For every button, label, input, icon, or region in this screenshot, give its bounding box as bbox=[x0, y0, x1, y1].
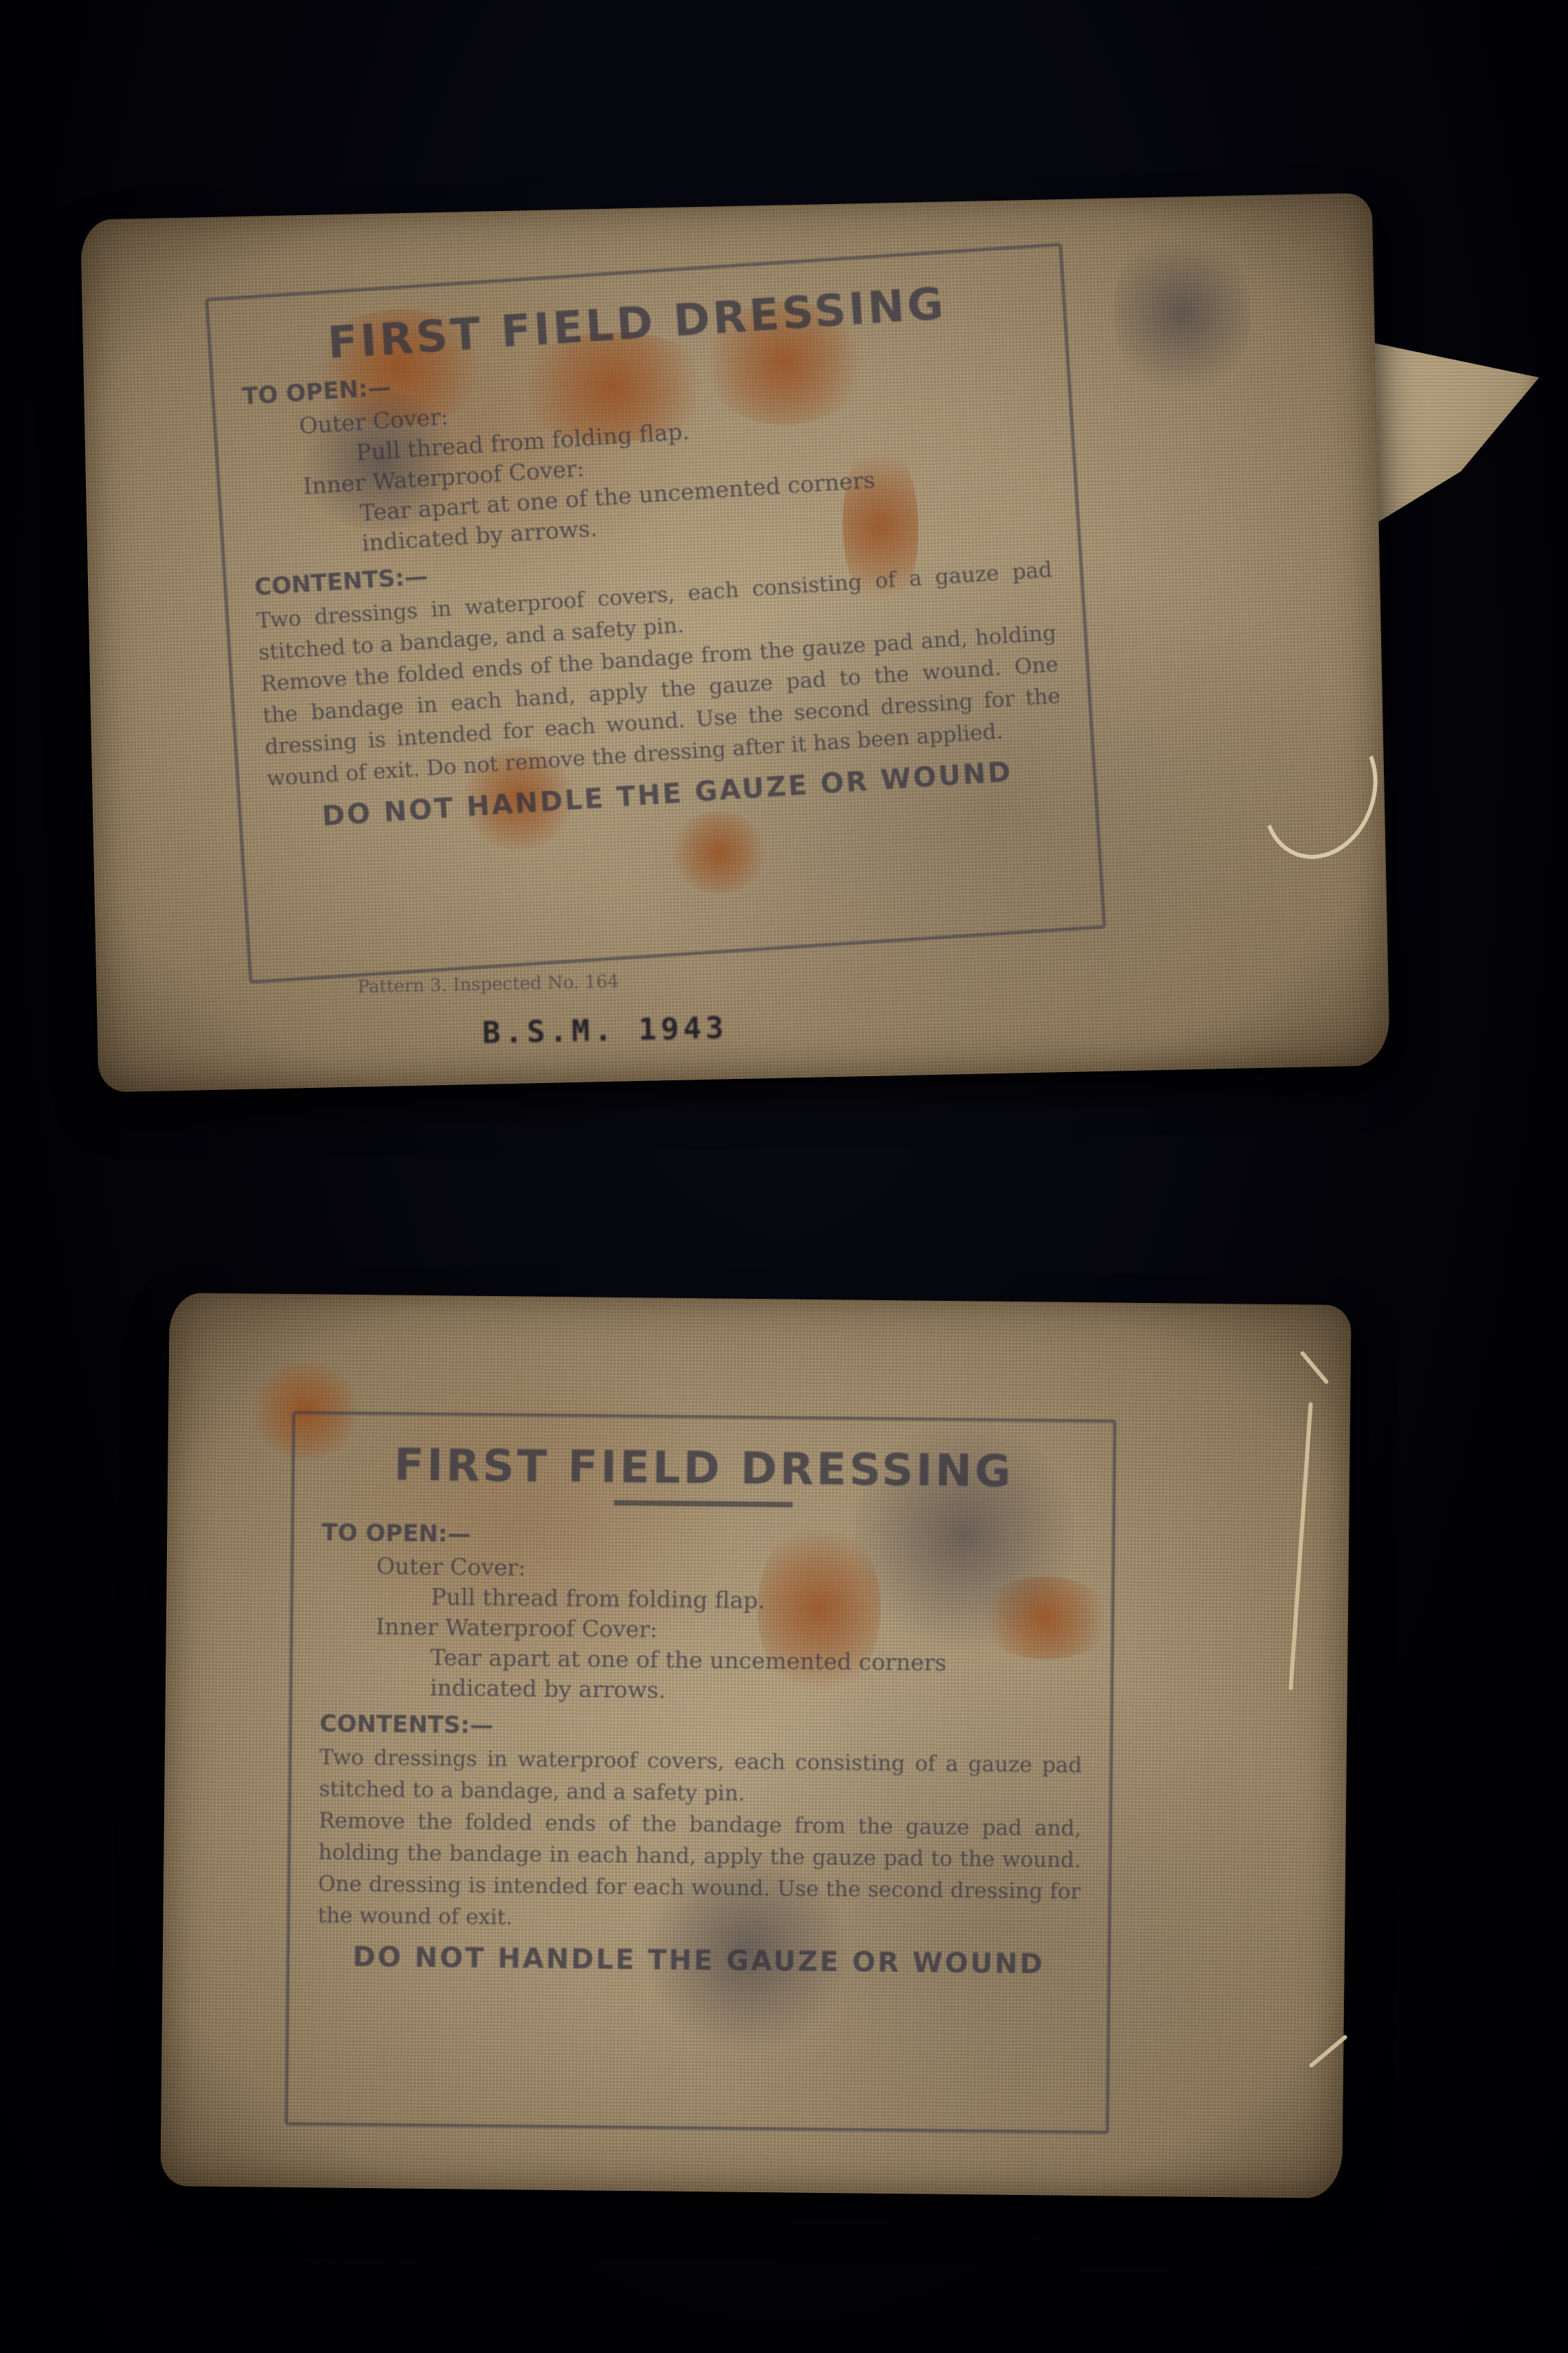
directions-text: Remove the folded ends of the bandage fr… bbox=[317, 1805, 1082, 1939]
printed-label: FIRST FIELD DRESSING TO OPEN:— Outer Cov… bbox=[205, 243, 1106, 984]
label-title: FIRST FIELD DRESSING bbox=[322, 1439, 1086, 1498]
title-underline bbox=[614, 1500, 793, 1508]
warning-text: DO NOT HANDLE THE GAUZE OR WOUND bbox=[317, 1941, 1080, 1981]
printed-label: FIRST FIELD DRESSING TO OPEN:— Outer Cov… bbox=[284, 1411, 1117, 2134]
contents-text: Two dressings in waterproof covers, each… bbox=[319, 1741, 1082, 1813]
ink-stamp: B.S.M. 1943 bbox=[482, 1010, 728, 1050]
to-open-line: indicated by arrows. bbox=[430, 1673, 1083, 1710]
to-open-heading: TO OPEN:— bbox=[322, 1519, 1084, 1554]
first-field-dressing-packet-bottom: FIRST FIELD DRESSING TO OPEN:— Outer Cov… bbox=[160, 1293, 1352, 2198]
ink-smudge bbox=[1111, 223, 1252, 404]
label-footer: Pattern 3. Inspected No. 164 bbox=[357, 972, 619, 998]
first-field-dressing-packet-top: FIRST FIELD DRESSING TO OPEN:— Outer Cov… bbox=[80, 192, 1390, 1092]
contents-heading: CONTENTS:— bbox=[320, 1710, 1082, 1746]
